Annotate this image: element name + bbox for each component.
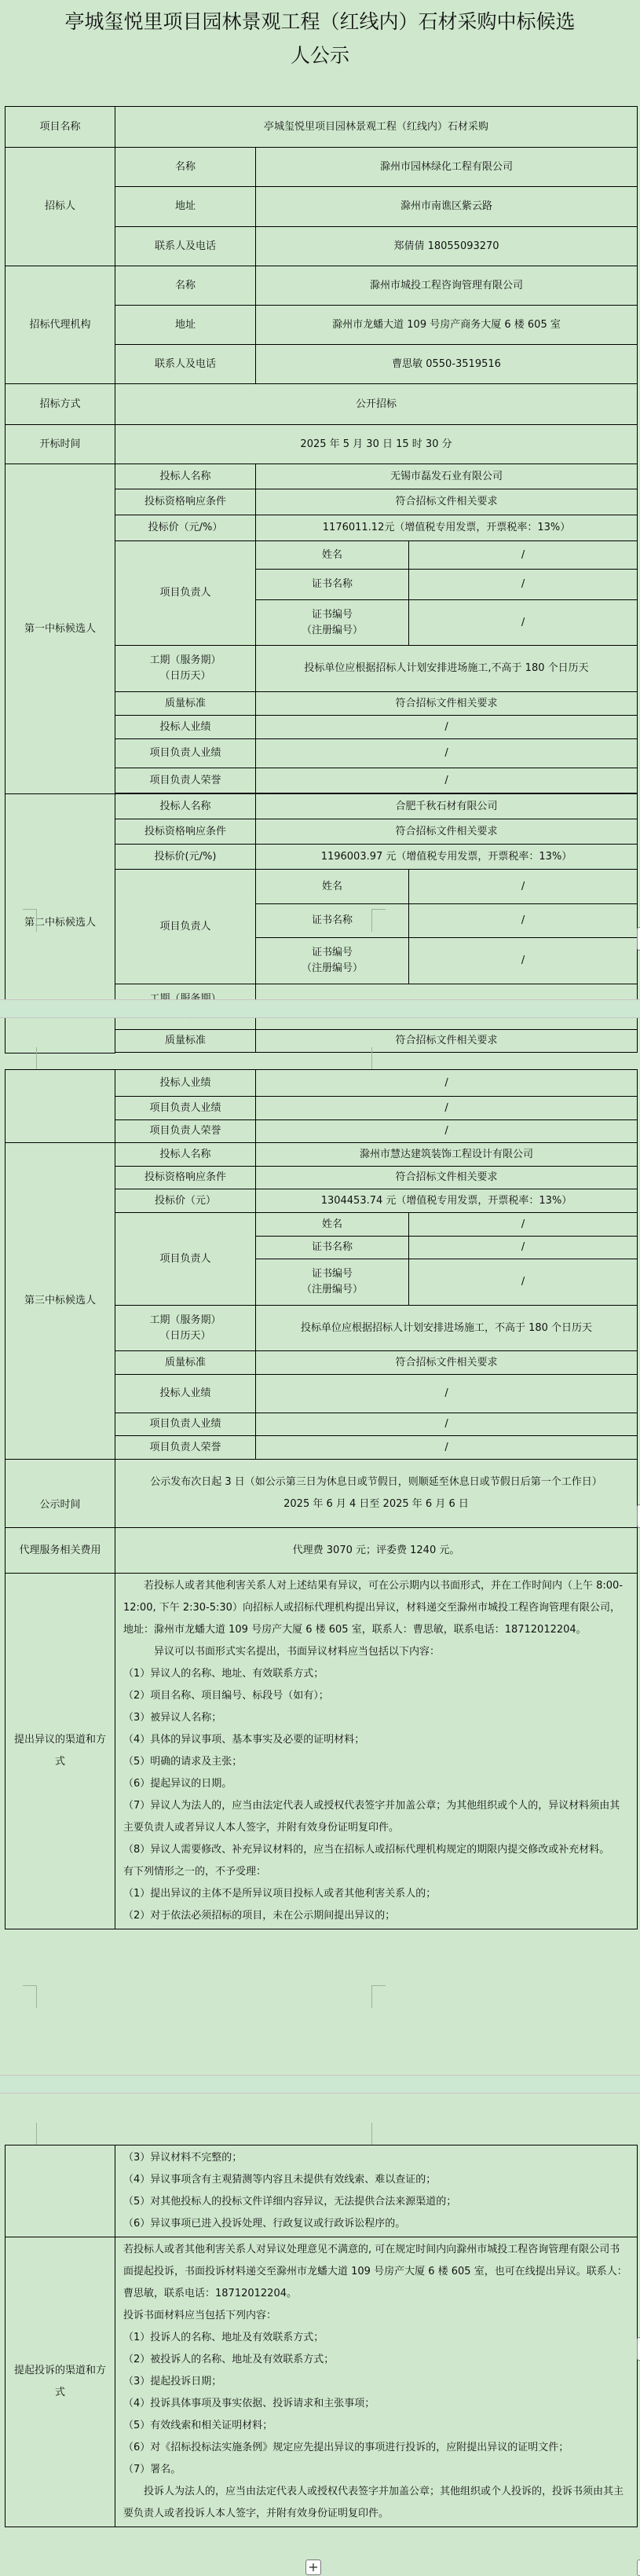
c3-quality: 符合招标文件相关要求	[256, 1351, 638, 1375]
c2-bidder-perf: /	[256, 1070, 638, 1097]
project-value: 亭城玺悦里项目园林景观工程（红线内）石材采购	[115, 107, 638, 148]
agency-address: 滁州市龙蟠大道 109 号房产商务大厦 6 楼 605 室	[256, 306, 638, 345]
c3-period: 投标单位应根据招标人计划安排进场施工，不高于 180 个日历天	[256, 1306, 638, 1351]
objection-item: （5）明确的请求及主张；	[123, 1751, 629, 1773]
c2-qualification-label: 投标资格响应条件	[115, 819, 256, 845]
tenderer-label: 招标人	[5, 148, 115, 266]
publicity-label: 公示时间	[5, 1460, 115, 1528]
page-corner-mark	[23, 1985, 37, 2008]
c3-cert-name: /	[409, 1237, 638, 1259]
c2-bidder-perf-label: 投标人业绩	[115, 1070, 256, 1097]
c3-period-label: 工期（服务期）（日历天）	[115, 1306, 256, 1351]
c1-pm-honor: /	[256, 768, 638, 793]
c1-period-label: 工期（服务期）（日历天）	[115, 646, 256, 692]
c1-bidder-perf-label: 投标人业绩	[115, 716, 256, 739]
objection-item: （1）提出异议的主体不是所异议项目投标人或者其他利害关系人的；	[123, 1883, 629, 1905]
c2-cert-no: /	[409, 938, 638, 984]
c2-bidder-name: 合肥千秋石材有限公司	[256, 794, 638, 819]
c1-price: 1176011.12元（增值税专用发票，开票税率：13%）	[256, 515, 638, 541]
c2-row-bidder-name: 第二中标候选人 投标人名称 合肥千秋石材有限公司	[5, 794, 638, 819]
c1-label: 第一中标候选人	[5, 464, 115, 794]
tenderer-address-label: 地址	[115, 187, 256, 227]
page-corner-mark	[371, 2123, 372, 2145]
side-panel-handle[interactable]	[637, 2337, 640, 2361]
info-table-page-2: 投标人业绩 / 项目负责人业绩 / 项目负责人荣誉 / 第三中标候选人 投标人名…	[5, 1069, 638, 1929]
c1-row-bidder-name: 第一中标候选人 投标人名称 无锡市磊发石业有限公司	[5, 464, 638, 489]
complaint-item: （1）投诉人的名称、地址及有效联系方式；	[123, 2327, 629, 2349]
row-fees: 代理服务相关费用 代理费 3070 元；评委费 1240 元。	[5, 1528, 638, 1574]
c1-cert-name: /	[409, 570, 638, 600]
fees-label: 代理服务相关费用	[5, 1528, 115, 1574]
complaint-item: （5）有效线索和相关证明材料；	[123, 2415, 629, 2437]
objection-item: （2）对于依法必须招标的项目，未在公示期间提出异议的；	[123, 1905, 629, 1927]
c2-pm-label: 项目负责人	[115, 870, 256, 984]
c2-pm-name: /	[409, 870, 638, 904]
objection-item: （5）对其他投标人的投标文件详细内容异议，无法提供合法来源渠道的；	[123, 2191, 629, 2213]
c3-cert-no: /	[409, 1259, 638, 1306]
c1-quality-label: 质量标准	[115, 692, 256, 716]
row-objection-continued: （3）异议材料不完整的； （4）异议事项含有主观猜测等内容且未提供有效线索、难以…	[5, 2145, 638, 2237]
complaint-para: 投诉书面材料应当包括下列内容：	[123, 2305, 629, 2327]
c3-pm-label: 项目负责人	[115, 1213, 256, 1306]
c1-pm-perf-label: 项目负责人业绩	[115, 739, 256, 768]
complaint-content: 若投标人或者其他利害关系人对异议处理意见不满意的, 可在规定时间内向滁州市城投工…	[115, 2237, 638, 2527]
c2-row-bidder-perf: 投标人业绩 /	[5, 1070, 638, 1097]
side-panel-handle[interactable]	[637, 1504, 640, 1528]
c2-cert-no-label: 证书编号（注册编号）	[256, 938, 409, 984]
publicity-value: 公示发布次日起 3 日（如公示第三日为休息日或节假日，则顺延至休息日或节假日后第…	[115, 1460, 638, 1528]
c3-bidder-name: 滁州市慧达建筑装饰工程设计有限公司	[256, 1143, 638, 1167]
c2-pm-honor: /	[256, 1120, 638, 1143]
c2-cert-name-label: 证书名称	[256, 904, 409, 938]
side-panel-handle[interactable]	[637, 927, 640, 951]
page-corner-mark	[36, 1047, 37, 1069]
opening-label: 开标时间	[5, 425, 115, 464]
c3-pm-name-label: 姓名	[256, 1213, 409, 1237]
c3-pm-name: /	[409, 1213, 638, 1237]
c1-qualification-label: 投标资格响应条件	[115, 489, 256, 515]
c3-cert-name-label: 证书名称	[256, 1237, 409, 1259]
complaint-item: （6）对《招标投标法实施条例》规定应先提出异议的事项进行投诉的，应附提出异议的证…	[123, 2437, 629, 2459]
c1-cert-no-label: 证书编号（注册编号）	[256, 600, 409, 646]
c3-pm-perf: /	[256, 1413, 638, 1436]
objection-item: （4）具体的异议事项、基本事实及必要的证明材料；	[123, 1729, 629, 1751]
tenderer-name-label: 名称	[115, 148, 256, 187]
objection-label: 提出异议的渠道和方式	[5, 1574, 115, 1929]
c1-pm-label: 项目负责人	[115, 541, 256, 646]
c1-pm-name-label: 姓名	[256, 541, 409, 570]
c1-pm-honor-label: 项目负责人荣誉	[115, 768, 256, 793]
c3-bidder-name-label: 投标人名称	[115, 1143, 256, 1167]
c1-price-label: 投标价（元/%）	[115, 515, 256, 541]
objection-item: （3）异议材料不完整的；	[123, 2147, 629, 2169]
page-corner-mark	[371, 1047, 372, 1069]
opening-value: 2025 年 5 月 30 日 15 时 30 分	[115, 425, 638, 464]
c3-pm-honor: /	[256, 1436, 638, 1460]
page-corner-mark	[23, 909, 37, 932]
c2-pm-perf: /	[256, 1097, 638, 1120]
complaint-para: 若投标人或者其他利害关系人对异议处理意见不满意的, 可在规定时间内向滁州市城投工…	[123, 2239, 629, 2305]
c2-pm-perf-label: 项目负责人业绩	[115, 1097, 256, 1120]
tenderer-contact: 郑倩倩 18055093270	[256, 227, 638, 266]
c2-cert-name: /	[409, 904, 638, 938]
c3-pm-perf-label: 项目负责人业绩	[115, 1413, 256, 1436]
row-publicity: 公示时间 公示发布次日起 3 日（如公示第三日为休息日或节假日，则顺延至休息日或…	[5, 1460, 638, 1528]
side-panel-handle[interactable]	[637, 2560, 640, 2576]
c1-cert-no: /	[409, 600, 638, 646]
objection-para: 异议可以书面形式实名提出，书面异议材料应当包括以下内容：	[123, 1641, 629, 1663]
objection-item: （7）异议人为法人的，应当由法定代表人或授权代表签字并加盖公章；为其他组织或个人…	[123, 1795, 629, 1839]
objection-content-continued: （3）异议材料不完整的； （4）异议事项含有主观猜测等内容且未提供有效线索、难以…	[115, 2145, 638, 2237]
row-objection: 提出异议的渠道和方式 若投标人或者其他利害关系人对上述结果有异议，可在公示期内以…	[5, 1574, 638, 1929]
publicity-dates: 2025 年 6 月 4 日至 2025 年 6 月 6 日	[122, 1493, 631, 1515]
c2-pm-honor-label: 项目负责人荣誉	[115, 1120, 256, 1143]
page-corner-mark	[371, 909, 386, 932]
row-opening-time: 开标时间 2025 年 5 月 30 日 15 时 30 分	[5, 425, 638, 464]
complaint-item: （2）被投诉人的名称、地址及有效联系方式；	[123, 2349, 629, 2371]
info-table-page-1: 项目名称 亭城玺悦里项目园林景观工程（红线内）石材采购 招标人 名称 滁州市园林…	[5, 106, 638, 1053]
objection-item: （3）被异议人名称；	[123, 1707, 629, 1729]
tenderer-contact-label: 联系人及电话	[115, 227, 256, 266]
objection-para: 若投标人或者其他利害关系人对上述结果有异议，可在公示期内以书面形式，并在工作时间…	[123, 1575, 629, 1641]
c2-label-continued	[5, 1070, 115, 1143]
page-corner-mark	[371, 1985, 386, 2008]
publicity-rule: 公示发布次日起 3 日（如公示第三日为休息日或节假日，则顺延至休息日或节假日后第…	[122, 1471, 631, 1493]
complaint-label: 提起投诉的渠道和方式	[5, 2237, 115, 2527]
c1-bidder-name: 无锡市磊发石业有限公司	[256, 464, 638, 489]
c3-price-label: 投标价（元）	[115, 1189, 256, 1213]
c1-bidder-name-label: 投标人名称	[115, 464, 256, 489]
c2-price-label: 投标价(元/%)	[115, 845, 256, 870]
complaint-para: 投诉人为法人的，应当由法定代表人或授权代表签字并加盖公章；其他组织或个人投诉的，…	[123, 2481, 629, 2525]
c1-period: 投标单位应根据招标人计划安排进场施工,不高于 180 个日历天	[256, 646, 638, 692]
c3-label: 第三中标候选人	[5, 1143, 115, 1460]
row-tenderer-name: 招标人 名称 滁州市园林绿化工程有限公司	[5, 148, 638, 187]
project-label: 项目名称	[5, 107, 115, 148]
c2-quality-label: 质量标准	[115, 1030, 256, 1053]
c1-pm-name: /	[409, 541, 638, 570]
page-title: 亭城玺悦里项目园林景观工程（红线内）石材采购中标候选 人公示	[0, 5, 640, 72]
c3-qualification: 符合招标文件相关要求	[256, 1167, 638, 1189]
c1-quality: 符合招标文件相关要求	[256, 692, 638, 716]
row-complaint: 提起投诉的渠道和方式 若投标人或者其他利害关系人对异议处理意见不满意的, 可在规…	[5, 2237, 638, 2527]
objection-item: （6）异议事项已进入投诉处理、行政复议或行政诉讼程序的。	[123, 2213, 629, 2235]
c3-row-bidder-name: 第三中标候选人 投标人名称 滁州市慧达建筑装饰工程设计有限公司	[5, 1143, 638, 1167]
c1-cert-name-label: 证书名称	[256, 570, 409, 600]
c3-bidder-perf-label: 投标人业绩	[115, 1375, 256, 1413]
row-method: 招标方式 公开招标	[5, 384, 638, 425]
c2-pm-name-label: 姓名	[256, 870, 409, 904]
agency-name-label: 名称	[115, 266, 256, 306]
agency-contact: 曹思敏 0550-3519516	[256, 345, 638, 384]
agency-address-label: 地址	[115, 306, 256, 345]
fees-value: 代理费 3070 元；评委费 1240 元。	[115, 1528, 638, 1574]
c2-quality: 符合招标文件相关要求	[256, 1030, 638, 1053]
row-agency-name: 招标代理机构 名称 滁州市城投工程咨询管理有限公司	[5, 266, 638, 306]
c3-quality-label: 质量标准	[115, 1351, 256, 1375]
agency-label: 招标代理机构	[5, 266, 115, 384]
complaint-item: （3）提起投诉日期；	[123, 2371, 629, 2393]
agency-contact-label: 联系人及电话	[115, 345, 256, 384]
objection-item: （4）异议事项含有主观猜测等内容且未提供有效线索、难以查证的；	[123, 2169, 629, 2191]
objection-para: 有下列情形之一的，不予受理：	[123, 1861, 629, 1883]
objection-item: （2）项目名称、项目编号、标段号（如有）；	[123, 1685, 629, 1707]
objection-label-continued	[5, 2145, 115, 2237]
c2-bidder-name-label: 投标人名称	[115, 794, 256, 819]
complaint-item: （4）投诉具体事项及事实依据、投诉请求和主张事项；	[123, 2393, 629, 2415]
c3-qualification-label: 投标资格响应条件	[115, 1167, 256, 1189]
tenderer-address: 滁州市南谯区紫云路	[256, 187, 638, 227]
c3-bidder-perf: /	[256, 1375, 638, 1413]
method-value: 公开招标	[115, 384, 638, 425]
title-line-1: 亭城玺悦里项目园林景观工程（红线内）石材采购中标候选	[0, 5, 640, 38]
page-break	[0, 999, 640, 1018]
c3-cert-no-label: 证书编号（注册编号）	[256, 1259, 409, 1306]
objection-item: （6）提起异议的日期。	[123, 1773, 629, 1795]
c3-price: 1304453.74 元（增值税专用发票，开票税率：13%）	[256, 1189, 638, 1213]
c2-qualification: 符合招标文件相关要求	[256, 819, 638, 845]
c1-bidder-perf: /	[256, 716, 638, 739]
title-line-2: 人公示	[0, 38, 640, 72]
row-project-name: 项目名称 亭城玺悦里项目园林景观工程（红线内）石材采购	[5, 107, 638, 148]
objection-item: （1）异议人的名称、地址、有效联系方式；	[123, 1663, 629, 1685]
page-corner-mark	[36, 2123, 37, 2145]
objection-item: （8）异议人需要修改、补充异议材料的，应当在招标人或招标代理机构规定的期限内提交…	[123, 1839, 629, 1861]
add-button[interactable]: +	[305, 2560, 321, 2575]
tenderer-name: 滁州市园林绿化工程有限公司	[256, 148, 638, 187]
c1-pm-perf: /	[256, 739, 638, 768]
page-break	[0, 2075, 640, 2094]
c1-qualification: 符合招标文件相关要求	[256, 489, 638, 515]
method-label: 招标方式	[5, 384, 115, 425]
c3-pm-honor-label: 项目负责人荣誉	[115, 1436, 256, 1460]
objection-content: 若投标人或者其他利害关系人对上述结果有异议，可在公示期内以书面形式，并在工作时间…	[115, 1574, 638, 1929]
complaint-item: （7）署名。	[123, 2459, 629, 2481]
agency-name: 滁州市城投工程咨询管理有限公司	[256, 266, 638, 306]
info-table-page-3: （3）异议材料不完整的； （4）异议事项含有主观猜测等内容且未提供有效线索、难以…	[5, 2145, 638, 2527]
c2-price: 1196003.97 元（增值税专用发票，开票税率：13%）	[256, 845, 638, 870]
